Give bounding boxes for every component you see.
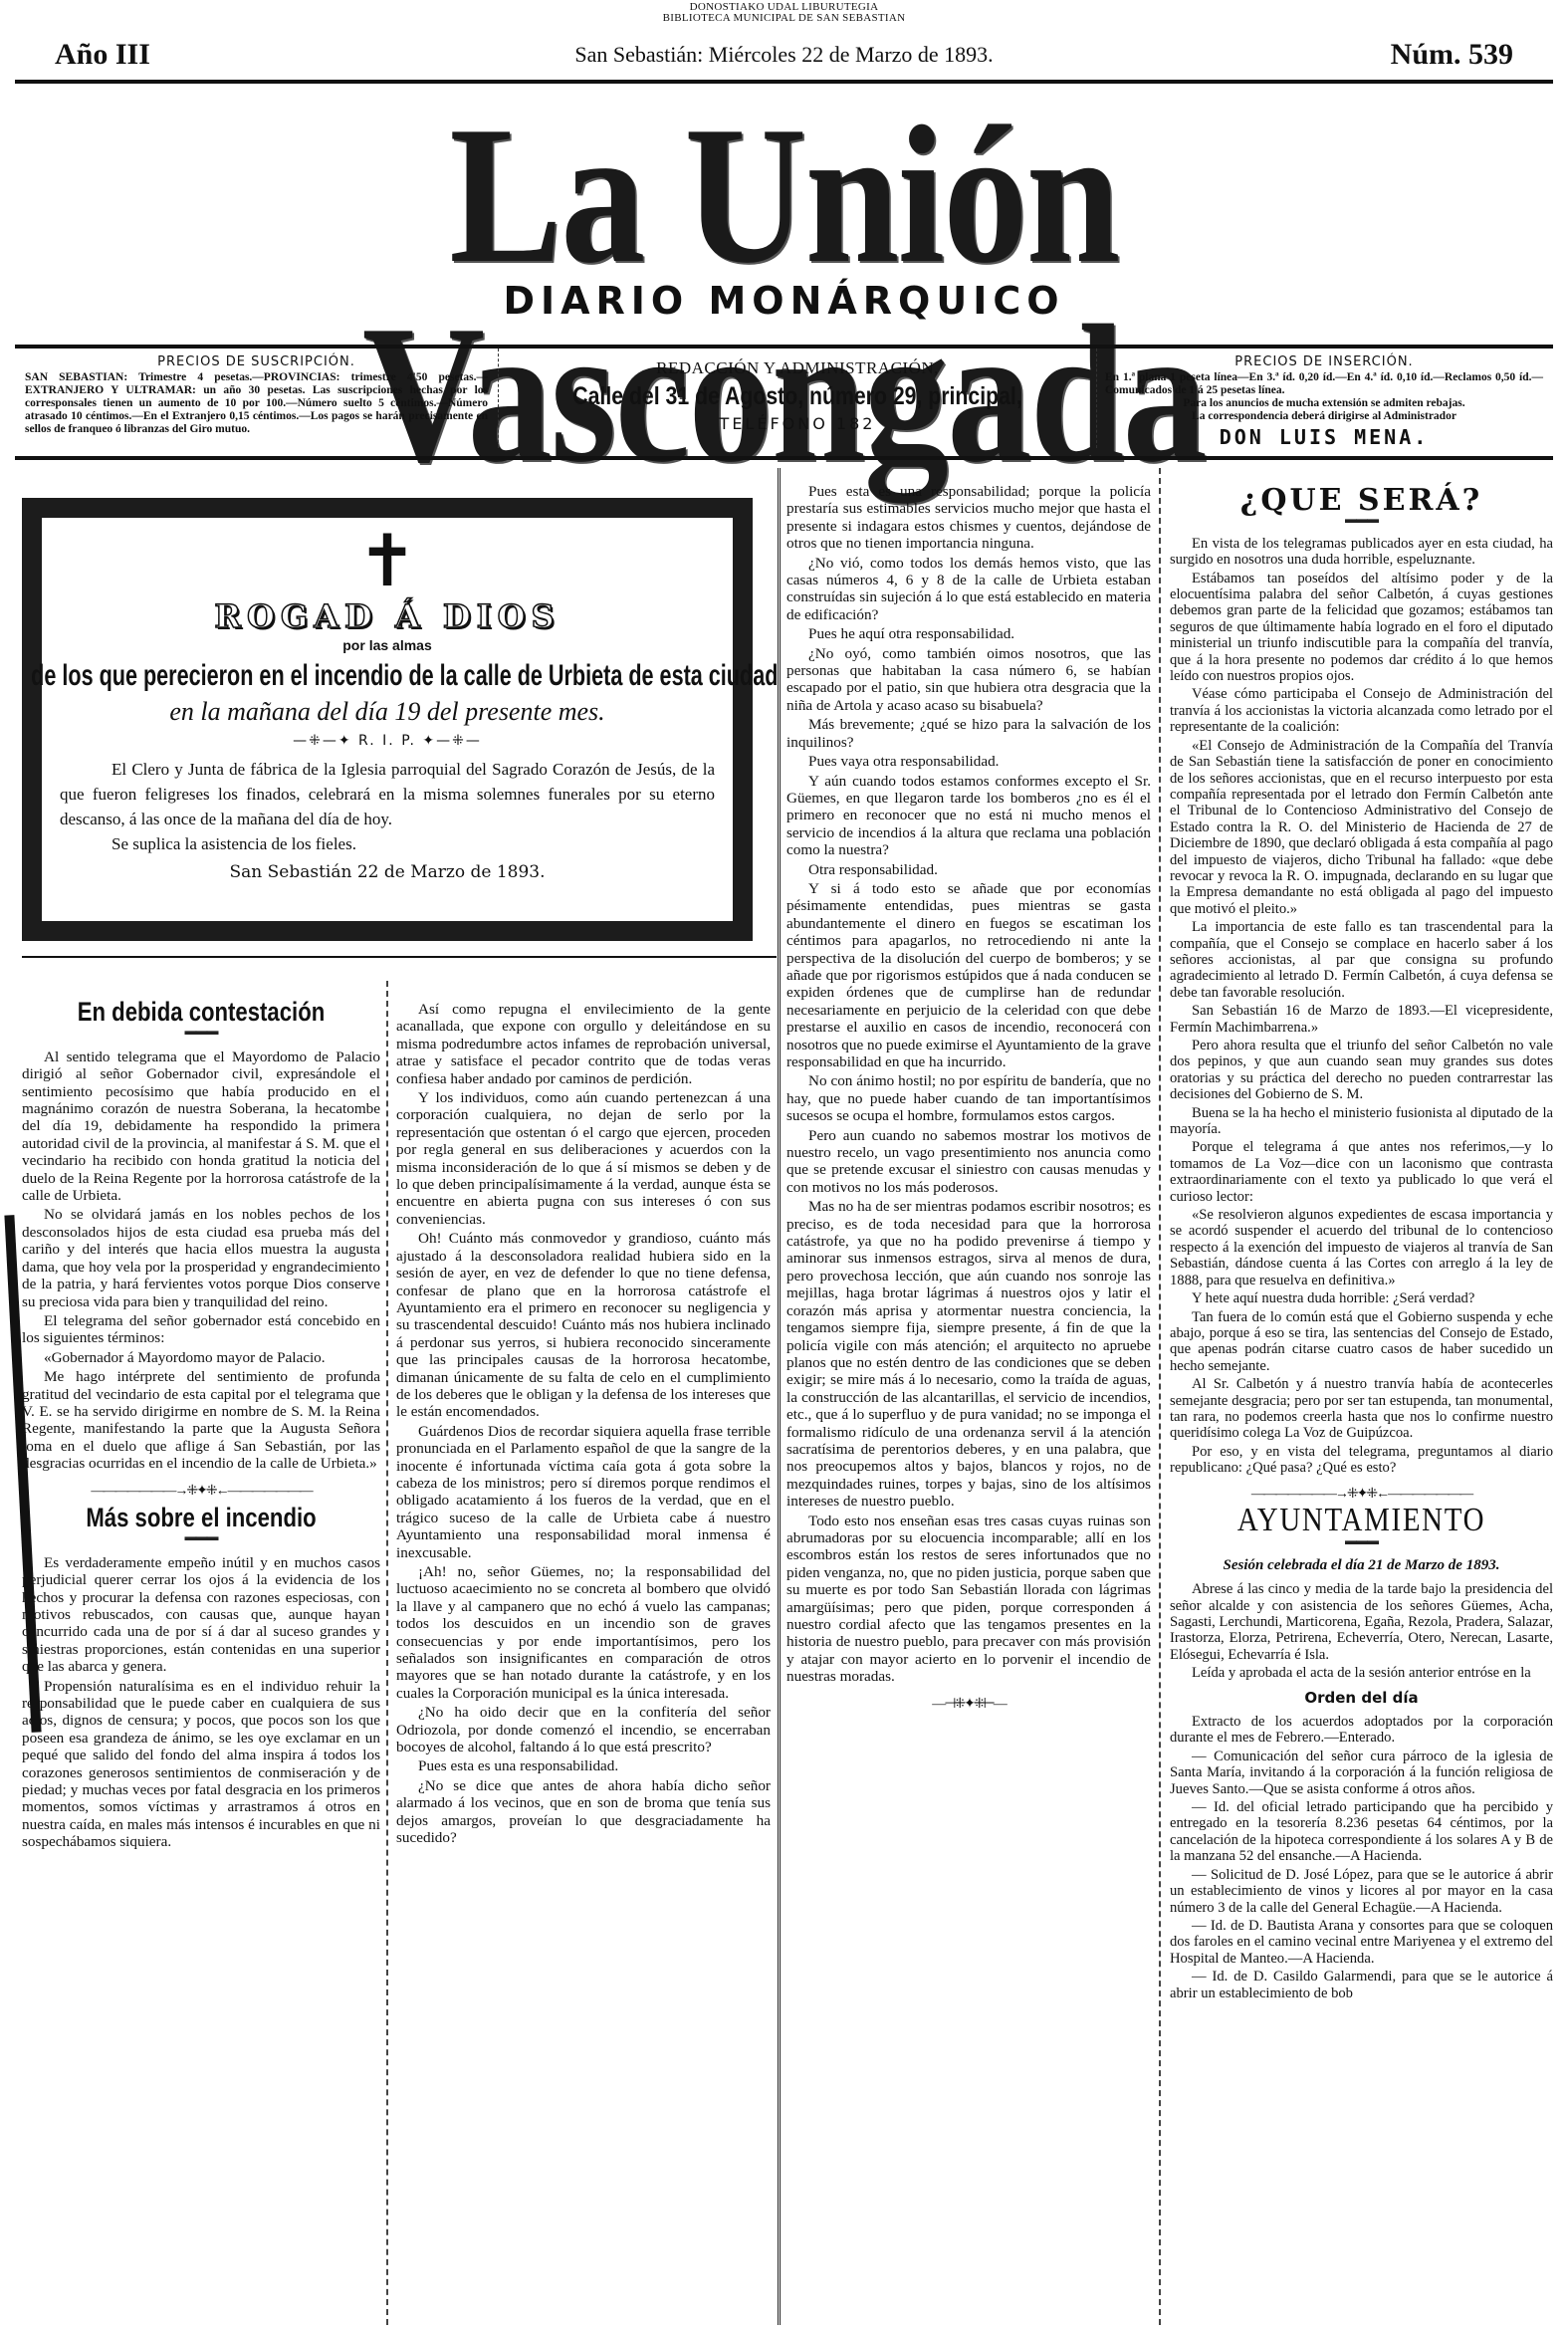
obituary-heading: ROGAD Á DIOS [42,597,733,635]
section-divider-ornament: ———————→⁜✦⁜←——————— [1170,1487,1553,1503]
paragraph: Pero ahora resulta que el triunfo del se… [1170,1038,1553,1103]
paragraph: Otra responsabilidad. [786,861,1151,878]
article-title: ¿QUE SERÁ? [1170,493,1553,509]
article-col2-continuation: Así como repugna el envilecimiento de la… [396,1001,771,1849]
paragraph: Estábamos tan poseídos del altísimo pode… [1170,571,1553,685]
article-title: AYUNTAMIENTO [1199,1513,1524,1528]
paragraph: «Se resolvieron algunos expedientes de e… [1170,1207,1553,1288]
paragraph: En vista de los telegramas publicados ay… [1170,536,1553,569]
paragraph: Y hete aquí nuestra duda horrible: ¿Será… [1170,1290,1553,1306]
small-rule-ornament: ▬▬▬ [1170,511,1553,527]
article-title: Más sobre el incendio [54,1510,347,1526]
paragraph: Todo esto nos enseñan esas tres casas cu… [786,1513,1151,1686]
article-en-debida-contestacion: En debida contestación ▬▬▬ Al sentido te… [22,996,380,1853]
paragraph: Guárdenos Dios de recordar siquiera aque… [396,1423,771,1561]
paragraph: Así como repugna el envilecimiento de la… [396,1001,771,1087]
paragraph: ¿No ha oido decir que en la confitería d… [396,1704,771,1755]
paragraph: Al sentido telegrama que el Mayordomo de… [22,1049,380,1205]
editorial-address: Calle del 31 de Agosto, número 29, princ… [544,382,1051,411]
paragraph: ¡Ah! no, señor Güemes, no; la responsabi… [396,1563,771,1702]
paragraph: Buena se la ha hecho el ministerio fusio… [1170,1105,1553,1138]
dateline-bar: Año III San Sebastián: Miércoles 22 de M… [55,38,1513,68]
paragraph: La importancia de este fallo es tan tras… [1170,919,1553,1001]
paragraph: Oh! Cuánto más conmovedor y grandioso, c… [396,1230,771,1420]
cross-icon: ✝ [42,524,733,597]
obituary-date-line: en la mañana del día 19 del presente mes… [42,697,733,727]
paragraph: Y los individuos, como aún cuando perten… [396,1089,771,1228]
paragraph: «Gobernador á Mayordomo mayor de Palacio… [22,1349,380,1366]
subscription-text: SAN SEBASTIAN: Trimestre 4 pesetas.—PROV… [25,371,488,436]
paragraph: Porque el telegrama á que antes nos refe… [1170,1139,1553,1205]
subscription-heading: PRECIOS DE SUSCRIPCIÓN. [25,354,488,369]
obituary-notice: ✝ ROGAD Á DIOS por las almas de los que … [22,498,753,941]
agenda-item: — Comunicación del señor cura párroco de… [1170,1749,1553,1797]
agenda-item: — Id. del oficial letrado participando q… [1170,1799,1553,1865]
paragraph: ¿No se dice que antes de ahora había dic… [396,1777,771,1847]
obituary-por-las-almas: por las almas [42,637,733,653]
header-rule [15,80,1553,84]
paragraph: San Sebastián 16 de Marzo de 1893.—El vi… [1170,1003,1553,1036]
paragraph: Más brevemente; ¿qué se hizo para la sal… [786,716,1151,751]
paragraph: Pues he aquí otra responsabilidad. [786,625,1151,642]
article-que-sera: ¿QUE SERÁ? ▬▬▬ En vista de los telegrama… [1170,483,1553,2003]
paragraph: No con ánimo hostil; no por espíritu de … [786,1072,1151,1124]
insertion-text: En 1.ª plana 1 peseta línea—En 3.ª íd. 0… [1105,371,1543,397]
insertion-prices: PRECIOS DE INSERCIÓN. En 1.ª plana 1 pes… [1105,349,1543,448]
paragraph: Es verdaderamente empeño inútil y en muc… [22,1554,380,1676]
insertion-note: Para los anuncios de mucha extensión se … [1105,397,1543,410]
paragraph: Al Sr. Calbetón y á nuestro tranvía habí… [1170,1376,1553,1442]
paragraph: Me hago intérprete del sentimiento de pr… [22,1368,380,1472]
paragraph: Pues vaya otra responsabilidad. [786,753,1151,770]
insertion-heading: PRECIOS DE INSERCIÓN. [1105,354,1543,369]
paragraph: Pero aun cuando no sabemos mostrar los m… [786,1127,1151,1197]
rip-ornament: —⁜—✦ R. I. P. ✦—⁜— [42,733,733,749]
column-divider [1159,468,1161,2325]
paragraph: Abrese á las cinco y media de la tarde b… [1170,1581,1553,1663]
obituary-text: El Clero y Junta de fábrica de la Iglesi… [60,757,715,831]
paragraph: Y si á todo esto se añade que por econom… [786,880,1151,1070]
paragraph: ¿No vió, como todos los demás hemos vist… [786,555,1151,624]
archive-stamp: DONOSTIAKO UDAL LIBURUTEGIA BIBLIOTECA M… [0,2,1568,24]
paragraph: Y aún cuando todos estamos conformes exc… [786,773,1151,859]
end-ornament: —⊣⁜✦⁜⊢— [786,1696,1151,1713]
issue-number: Núm. 539 [1391,38,1513,72]
paragraph: Leída y aprobada el acta de la sesión an… [1170,1665,1553,1681]
article-col3-continuation: Pues esta es una responsabilidad; porque… [786,483,1151,1723]
dateline: San Sebastián: Miércoles 22 de Marzo de … [55,42,1513,68]
subscription-prices: PRECIOS DE SUSCRIPCIÓN. SAN SEBASTIAN: T… [25,349,488,448]
column-divider [778,468,781,2325]
insertion-correspondence: La correspondencia deberá dirigirse al A… [1105,410,1543,423]
editorial-office: REDACCIÓN Y ADMINISTRACIÓN, Calle del 31… [498,349,1097,448]
info-bar: PRECIOS DE SUSCRIPCIÓN. SAN SEBASTIAN: T… [25,349,1543,448]
agenda-item: — Solicitud de D. José López, para que s… [1170,1867,1553,1916]
orden-del-dia-heading: Orden del día [1170,1690,1553,1706]
obituary-bottom-rule [22,956,777,958]
paragraph: Véase cómo participaba el Consejo de Adm… [1170,686,1553,735]
paragraph: Tan fuera de lo común está que el Gobier… [1170,1309,1553,1375]
article-title: En debida contestación [54,1004,347,1021]
editorial-phone: TELÉFONO 182 [499,414,1096,433]
editorial-heading: REDACCIÓN Y ADMINISTRACIÓN, [499,358,1096,378]
paragraph: Mas no ha de ser mientras podamos escrib… [786,1198,1151,1510]
obituary-main-line: de los que perecieron en el incendio de … [31,659,744,693]
agenda-item: Extracto de los acuerdos adoptados por l… [1170,1714,1553,1747]
column-divider [386,981,388,2325]
session-date: Sesión celebrada el día 21 de Marzo de 1… [1170,1557,1553,1573]
paragraph: Por eso, y en vista del telegrama, pregu… [1170,1444,1553,1477]
paragraph: Pues esta es una responsabilidad. [396,1757,771,1774]
section-divider-ornament: ———————→⁜✦⁜←——————— [22,1483,380,1500]
paragraph: «El Consejo de Administración de la Comp… [1170,738,1553,917]
paragraph: Propensión naturalísima es en el individ… [22,1678,380,1851]
paragraph: Pues esta es una responsabilidad; porque… [786,483,1151,553]
paragraph: No se olvidará jamás en los nobles pecho… [22,1206,380,1309]
agenda-item: — Id. de D. Bautista Arana y consortes p… [1170,1918,1553,1967]
administrator-name: DON LUIS MENA. [1105,425,1543,449]
obituary-signature-date: San Sebastián 22 de Marzo de 1893. [42,862,733,882]
masthead-subtitle: DIARIO MONÁRQUICO [0,279,1568,323]
infobar-bottom-rule [15,456,1553,460]
paragraph: ¿No oyó, como también oimos nosotros, qu… [786,645,1151,715]
archive-stamp-line2: BIBLIOTECA MUNICIPAL DE SAN SEBASTIAN [0,13,1568,24]
paragraph: El telegrama del señor gobernador está c… [22,1312,380,1347]
agenda-item: — Id. de D. Casildo Galarmendi, para que… [1170,1969,1553,2001]
obituary-plea: Se suplica la asistencia de los fieles. [60,831,715,856]
obituary-body: El Clero y Junta de fábrica de la Iglesi… [42,757,733,856]
